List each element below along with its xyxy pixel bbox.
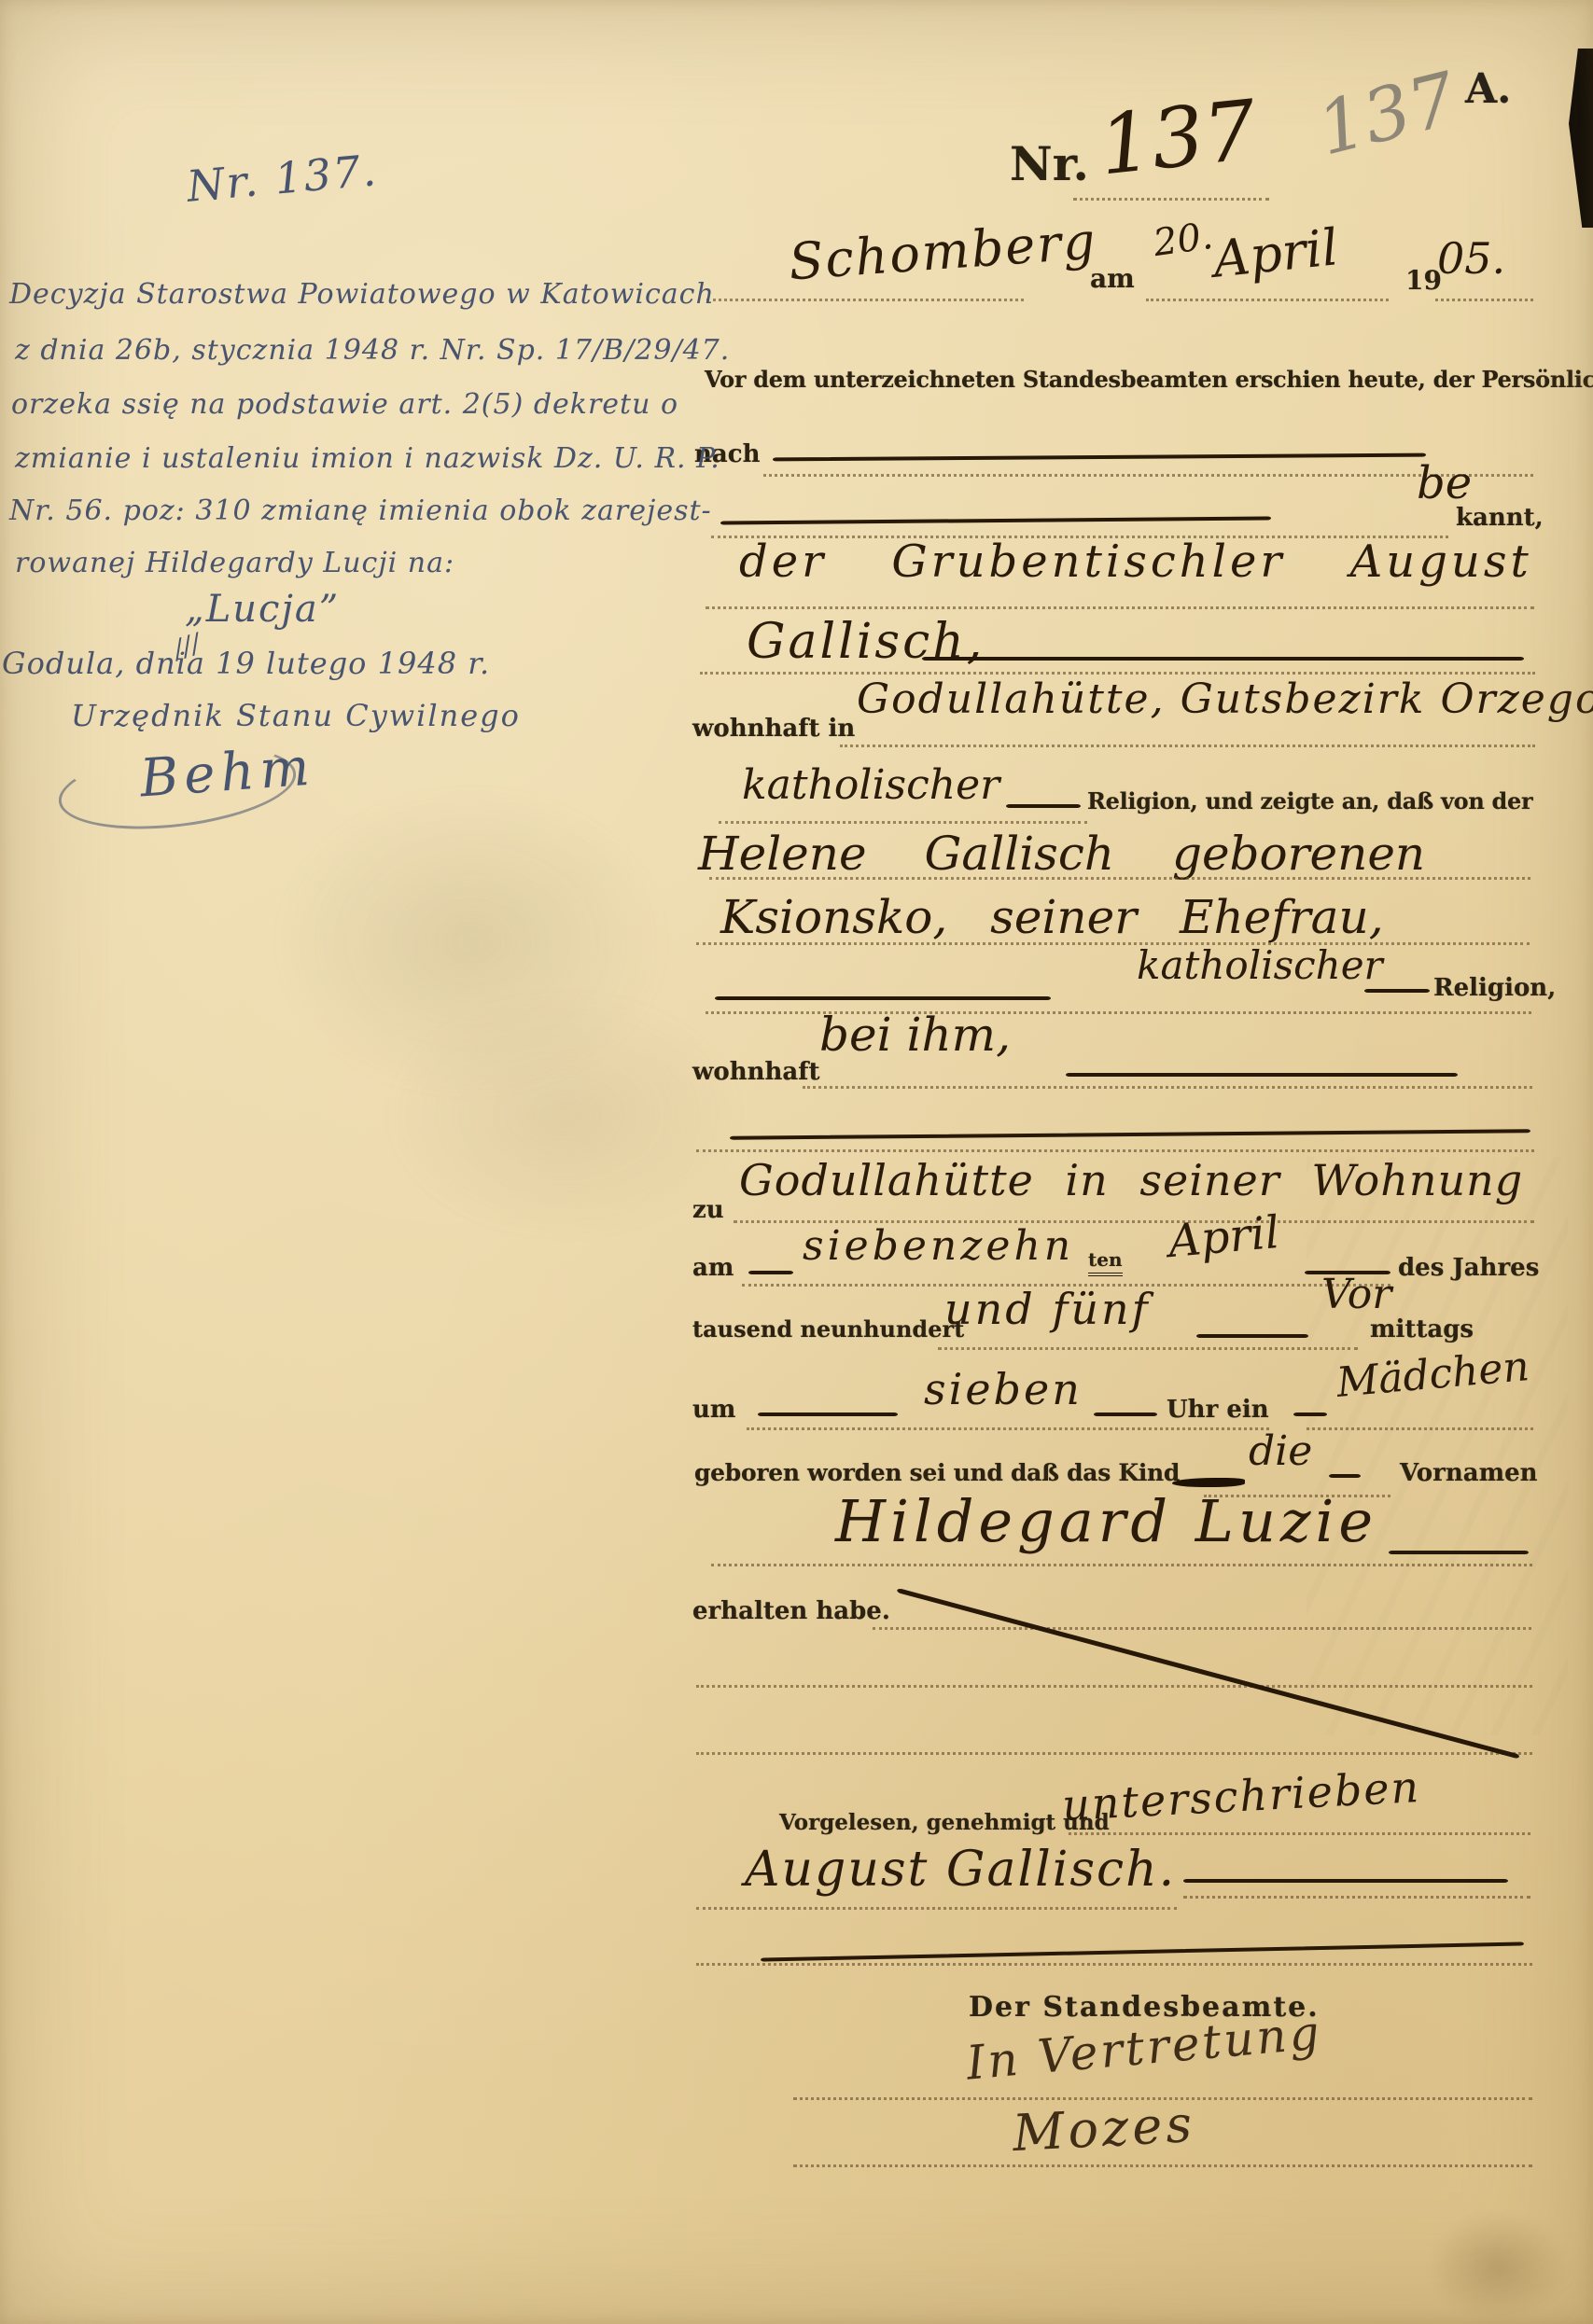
pen-dash	[1196, 1334, 1308, 1338]
am2-label: am	[692, 1254, 734, 1282]
ruled-line	[873, 1627, 1531, 1630]
ten-suffix: ten	[1088, 1248, 1123, 1276]
margin-place-date: Godula, dnia 19 lutego 1948 r.	[2, 646, 490, 681]
margin-nr: Nr. 137.	[185, 145, 380, 212]
pen-dash	[1006, 804, 1081, 808]
mittags-label: mittags	[1370, 1315, 1474, 1343]
pen-strike	[922, 657, 1524, 661]
pen-strike	[1183, 1879, 1508, 1883]
corner-letter: A.	[1465, 65, 1511, 113]
ruled-line	[700, 672, 1535, 675]
ruled-line	[840, 745, 1535, 747]
pen-strike	[773, 453, 1426, 462]
ruled-line	[696, 1149, 1534, 1152]
paper-stain	[1428, 2211, 1568, 2323]
showthrough-stain	[271, 784, 672, 1101]
header-nr-label: Nr.	[1010, 136, 1089, 191]
vornamen-label: Vornamen	[1400, 1459, 1538, 1487]
wohnhaft-label: wohnhaft	[692, 1058, 819, 1086]
pen-dash	[758, 1412, 898, 1416]
margin-new-name: „Lucja”	[185, 588, 340, 631]
margin-line: z dnia 26b, stycznia 1948 r. Nr. Sp. 17/…	[15, 334, 730, 367]
be-hand: be	[1417, 457, 1472, 509]
year-words-printed: tausend neunhundert	[692, 1315, 964, 1343]
ruled-line	[696, 1907, 1177, 1910]
margin-line: orzeka ssię na podstawie art. 2(5) dekre…	[11, 388, 678, 421]
mother-line2: Ksionsko, seiner Ehefrau,	[720, 890, 1384, 944]
unterschrieben-hand: unterschrieben	[1061, 1761, 1421, 1830]
birth-month: April	[1167, 1206, 1281, 1268]
erhalten-label: erhalten habe.	[692, 1597, 890, 1625]
religion2-value: katholischer	[1137, 942, 1383, 988]
ruled-line	[1183, 1896, 1530, 1899]
margin-line: Nr. 56. poz: 310 zmianę imienia obok zar…	[9, 494, 712, 527]
record-place: Schomberg	[787, 212, 1098, 292]
child-name: Hildegard Luzie	[835, 1487, 1377, 1555]
ruled-line	[938, 1347, 1358, 1350]
ruled-line	[793, 2164, 1532, 2167]
zu-label: zu	[692, 1196, 724, 1224]
uhr-ein-label: Uhr ein	[1167, 1396, 1269, 1424]
pen-strike	[761, 1941, 1524, 1961]
birth-day: siebenzehn	[803, 1222, 1074, 1270]
year-written: 05.	[1437, 233, 1505, 284]
des-jahres-label: des Jahres	[1398, 1254, 1539, 1282]
scanned-birth-record: 137 A. Nr. 137 Schomberg am 20. April 19…	[0, 0, 1593, 2324]
pen-strike-diagonal	[897, 1588, 1520, 1759]
residence-value: Godullahütte, Gutsbezirk Orzegow	[857, 675, 1593, 723]
margin-line: zmianie i ustaleniu imion i nazwisk Dz. …	[15, 442, 720, 475]
ruled-line	[1307, 1427, 1533, 1430]
official-signature-line2: Mozes	[1011, 2094, 1196, 2163]
record-month: April	[1210, 217, 1341, 289]
ruled-line	[706, 606, 1534, 609]
pen-strike	[715, 996, 1051, 1000]
intro-text: Vor dem unterzeichneten Standesbeamten e…	[705, 366, 1593, 393]
ruled-line	[696, 1685, 1532, 1688]
birth-hour: sieben	[924, 1364, 1083, 1414]
ruled-line	[803, 1086, 1532, 1089]
showthrough-streaks	[1307, 1157, 1568, 1735]
scan-corner-artifact	[1569, 49, 1593, 228]
pen-dash	[1364, 989, 1430, 993]
declarant-signature: August Gallisch.	[745, 1842, 1176, 1898]
am-label: am	[1090, 263, 1135, 294]
religion1-value: katholischer	[742, 761, 999, 809]
record-day: 20.	[1151, 215, 1215, 265]
ruled-line	[747, 1427, 1269, 1430]
vorgelesen-label: Vorgelesen, genehmigt und	[779, 1810, 1110, 1835]
declarant-line2: Gallisch,	[747, 614, 985, 670]
pen-strike	[730, 1129, 1530, 1139]
pen-strike	[1389, 1551, 1529, 1554]
wohnhaft-value: bei ihm,	[819, 1008, 1011, 1062]
ruled-line	[706, 299, 1024, 301]
margin-signature: Behm	[138, 737, 317, 810]
ruled-line	[696, 1963, 1532, 1966]
declarant-line1: der Grubentischler August	[739, 536, 1532, 588]
religion2-label: Religion,	[1433, 974, 1556, 1002]
kannt-label: kannt,	[1456, 504, 1544, 532]
ruled-line	[1073, 198, 1269, 201]
pen-dash	[1329, 1474, 1361, 1478]
religion1-label: Religion, und zeigte an, daß von der	[1087, 787, 1532, 814]
ruled-line	[1435, 299, 1533, 301]
child-sex: Mädchen	[1334, 1343, 1530, 1407]
ruled-line	[1146, 299, 1389, 301]
pen-strike	[720, 516, 1271, 524]
mother-line1: Helene Gallisch geborenen	[698, 827, 1425, 881]
um-label: um	[692, 1396, 735, 1424]
pencil-number: 137	[1309, 57, 1464, 172]
ink-blot	[1172, 1478, 1245, 1487]
ruled-line	[696, 1752, 1532, 1755]
ruled-line	[709, 877, 1530, 880]
pen-dash	[1094, 1412, 1157, 1416]
pen-dash	[748, 1271, 793, 1274]
die-hand: die	[1249, 1427, 1312, 1475]
birth-place: Godullahütte in seiner Wohnung	[739, 1155, 1523, 1205]
pen-dash	[1293, 1412, 1327, 1416]
margin-line: Decyzja Starostwa Powiatowego w Katowica…	[9, 278, 715, 311]
ruled-line	[719, 821, 1087, 824]
margin-line: rowanej Hildegardy Lucji na:	[15, 547, 454, 579]
ruled-line	[1069, 1832, 1530, 1835]
vor-hand: Vor	[1321, 1271, 1391, 1318]
margin-official-title: Urzędnik Stanu Cywilnego	[71, 698, 521, 733]
year-words-written: und fünf	[944, 1284, 1151, 1334]
wohnhaft-in-label: wohnhaft in	[692, 715, 855, 743]
geboren-label: geboren worden sei und daß das Kind	[694, 1459, 1180, 1486]
ruled-line	[696, 942, 1530, 945]
ruled-line	[711, 1564, 1532, 1566]
pen-strike	[1066, 1073, 1458, 1077]
header-nr-value: 137	[1095, 82, 1261, 194]
